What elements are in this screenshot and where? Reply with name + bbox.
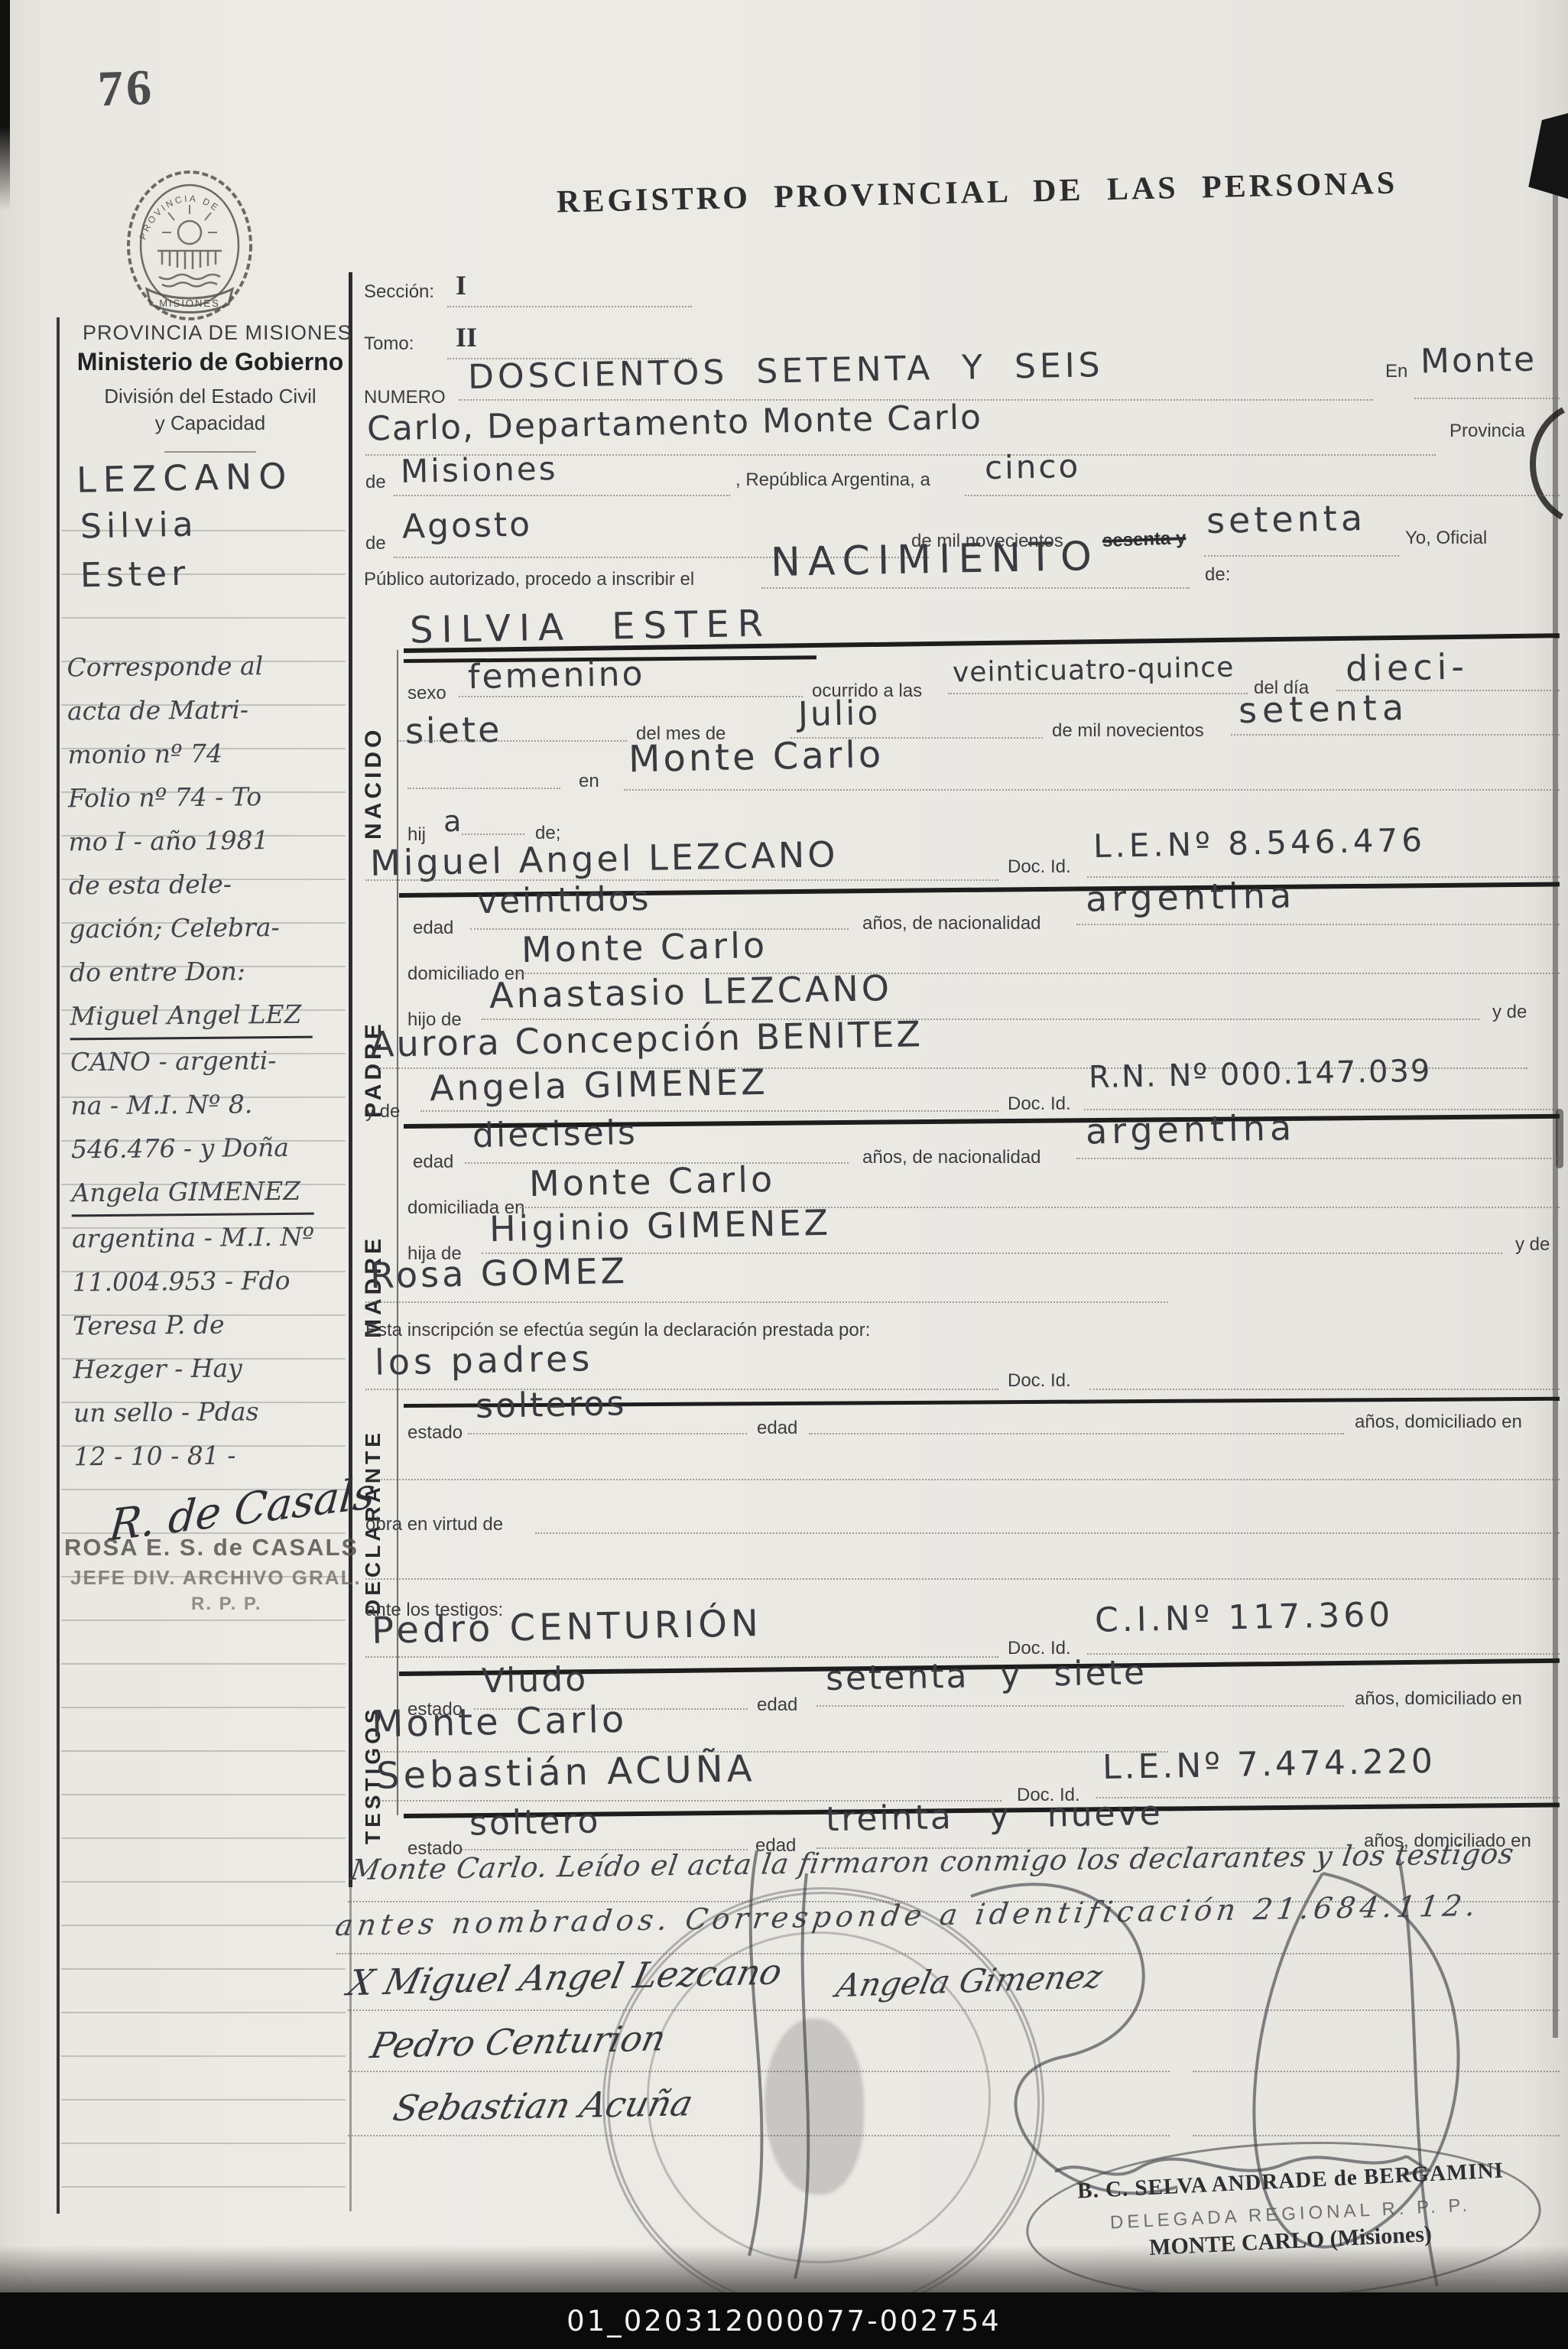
padre-nac-label: años, de nacionalidad (862, 913, 1041, 934)
anio-value: setenta (1206, 497, 1367, 541)
dia-nac-2: siete (404, 709, 502, 752)
binder-tab (1526, 113, 1568, 199)
republica-label: , República Argentina, a (735, 469, 930, 491)
lugar-value-2: Carlo, Departamento Monte Carlo (367, 398, 983, 448)
note-line: Hezger - Hay (73, 1346, 315, 1392)
note-line: de esta dele- (69, 862, 311, 908)
section-madre: MADRE (361, 1139, 387, 1338)
declarante-por-value: los padres (375, 1337, 594, 1382)
sexo-label: sexo (407, 683, 446, 704)
tomo-label: Tomo: (364, 333, 414, 355)
hij-line (462, 833, 524, 835)
hora-value: veinticuatro-quince (953, 651, 1235, 688)
margin-name-line2: Ester (80, 554, 190, 596)
seccion-value: I (456, 269, 466, 301)
declarante-doc-line (1089, 1389, 1560, 1390)
madre-doc-label: Doc. Id. (1008, 1093, 1071, 1115)
section-padre: PADRE (361, 911, 387, 1118)
de-label-2: de (365, 533, 386, 554)
margin-annotation: Corresponde al acta de Matri- monio nº 7… (67, 644, 316, 1479)
seccion-line (447, 306, 692, 307)
publico-label: Público autorizado, procedo a inscribir … (364, 569, 694, 590)
madre-edad-label: edad (413, 1152, 453, 1173)
note-line: 12 - 10 - 81 - (73, 1433, 316, 1479)
document-title: REGISTRO PROVINCIAL DE LAS PERSONAS (557, 165, 1398, 221)
seal-bottom-text: MISIONES (159, 297, 220, 309)
testigo1-edad-label: edad (757, 1694, 797, 1716)
anio-nac-label: de mil novecientos (1052, 720, 1204, 742)
declarante-por-line (365, 1389, 998, 1390)
mes-value: Agosto (402, 505, 533, 546)
madre-nac-value: argentina (1086, 1106, 1297, 1152)
tomo-value: II (456, 321, 477, 353)
sexo-line (459, 696, 803, 697)
anio-line (1204, 555, 1399, 557)
declarante-blank-line-1 (365, 1479, 1560, 1480)
note-line: gación; Celebra- (69, 905, 311, 951)
testigo1-nombre: Pedro CENTURIÓN (372, 1602, 763, 1652)
padre-yde-label: y de (1492, 1002, 1527, 1023)
madre-nac-label: años, de nacionalidad (862, 1147, 1041, 1168)
padre-abuelo-value: Anastasio LEZCANO (489, 967, 893, 1016)
padre-nombre: Miguel Angel LEZCANO (370, 833, 839, 884)
lugar-nac-line (624, 789, 1560, 791)
declarante-edad-label: edad (757, 1418, 797, 1439)
footer-code-bar: 01_020312000077-002754 (0, 2292, 1568, 2349)
lugar-value-1: Monte (1420, 340, 1537, 382)
declarante-doc-label: Doc. Id. (1008, 1370, 1071, 1392)
madre-nac-line (1076, 1158, 1560, 1159)
margin-office-line1: PROVINCIA DE MISIONES (83, 321, 342, 345)
dia-nac-1: dieci- (1345, 645, 1469, 689)
declaracion-label: Esta inscripción se efectúa según la dec… (365, 1320, 870, 1341)
note-line: 546.476 - y Doña (71, 1126, 313, 1171)
sexo-value: femenino (468, 655, 645, 697)
acto-value: NACIMIENTO (770, 534, 1099, 586)
padre-dom-value: Monte Carlo (521, 924, 768, 970)
scanned-birth-certificate: 76 PROVINCIA DE MISIONES REGISTRO PROVIN… (0, 0, 1568, 2349)
note-line: acta de Matri- (67, 687, 310, 733)
madre-yde-label: y de (365, 1101, 400, 1123)
margin-divider (164, 451, 256, 453)
declarante-edad-line (809, 1433, 1344, 1434)
note-line: mo I - año 1981 (68, 818, 310, 864)
padre-nac-value: argentina (1086, 874, 1297, 919)
dia-line (965, 495, 1560, 496)
declarante-estado-value: solteros (476, 1384, 627, 1426)
footer-code: 01_020312000077-002754 (566, 2305, 1002, 2338)
padre-nombre-line (365, 879, 998, 881)
archive-stamp-title: JEFE DIV. ARCHIVO GRAL. (70, 1566, 362, 1590)
numero-value: DOSCIENTOS SETENTA Y SEIS (468, 346, 1104, 397)
en-nac-preline (407, 788, 560, 789)
padre-doc-value: L.E.Nº 8.546.476 (1093, 821, 1427, 865)
oficial-label: Yo, Oficial (1405, 528, 1487, 549)
declarante-anios-label: años, domiciliado en (1355, 1412, 1522, 1433)
note-line: monio nº 74 (67, 731, 310, 777)
note-line: argentina - M.I. Nº (72, 1215, 314, 1261)
numero-label: NUMERO (364, 387, 446, 408)
section-nacido: NACIDO (361, 656, 387, 840)
de-label-3: de: (1205, 564, 1230, 586)
madre-abuelo-value: Higinio GIMENEZ (489, 1202, 832, 1250)
testigo1-edad-line (816, 1705, 1344, 1707)
padre-edad-label: edad (413, 918, 453, 939)
madre-abuela-line (365, 1301, 1168, 1303)
testigo1-anios-label: años, domiciliado en (1355, 1688, 1522, 1710)
seal-top-text: PROVINCIA DE (137, 193, 222, 241)
anio-nac-value: setenta (1238, 687, 1410, 731)
margin-office-line2: Ministerio de Gobierno (69, 348, 352, 376)
dia-nac-2-line (398, 740, 627, 742)
testigo2-nombre: Sebastián ACUÑA (376, 1747, 757, 1798)
scan-edge-top-left (0, 0, 10, 210)
madre-dom-value: Monte Carlo (529, 1158, 776, 1204)
testigo1-edad-value: setenta y siete (826, 1653, 1148, 1698)
provincia-label: Provincia (1450, 421, 1525, 442)
obra-label: obra en virtud de (365, 1514, 503, 1535)
page-number: 76 (97, 59, 156, 119)
mes-nac-value: Julio (798, 694, 881, 734)
form-left-border (349, 272, 352, 1887)
note-line: Angela GIMENEZ (71, 1169, 313, 1217)
declarante-estado-label: estado (407, 1422, 463, 1444)
seccion-label: Sección: (364, 281, 434, 303)
note-line: Teresa P. de (73, 1302, 315, 1348)
declarante-estado-line (468, 1433, 747, 1434)
hij-value: a (443, 804, 464, 838)
note-line: 11.004.953 - Fdo (72, 1259, 314, 1304)
madre-edad-value: dieciseis (472, 1113, 638, 1155)
lugar-nac-value: Monte Carlo (628, 733, 884, 781)
note-line: do entre Don: (70, 949, 312, 995)
en-nac-label: en (579, 771, 599, 792)
padre-edad-value: veintidos (477, 879, 651, 921)
margin-office-line4: y Capacidad (76, 411, 344, 435)
acto-line (761, 587, 1190, 589)
testigo1-estado-value: Viudo (482, 1660, 589, 1701)
padre-doc-label: Doc. Id. (1008, 856, 1071, 878)
madre-abuelo-line (482, 1252, 1502, 1254)
margin-name-line1: Silvia (80, 505, 199, 547)
note-line: Folio nº 74 - To (68, 775, 310, 820)
svg-text:PROVINCIA DE: PROVINCIA DE (137, 193, 222, 241)
margin-office-line3: División del Estado Civil (76, 385, 344, 408)
testigo2-estado-value: soltero (469, 1802, 601, 1843)
testigo1-doc-value: C.I.Nº 117.360 (1095, 1595, 1394, 1640)
note-line: Miguel Angel LEZ (70, 993, 312, 1041)
testigo1-domicilio: Monte Carlo (371, 1698, 627, 1746)
obra-line (535, 1532, 1560, 1534)
provincia-value: Misiones (401, 450, 558, 490)
padre-nac-line (1076, 924, 1560, 925)
de-label-1: de (365, 472, 386, 493)
hora-line (948, 693, 1248, 694)
en-line (1414, 398, 1560, 399)
madre-nombre: Angela GIMENEZ (430, 1061, 769, 1109)
note-line: na - M.I. Nº 8. (70, 1082, 313, 1128)
testigo1-doc-line (1087, 1653, 1560, 1655)
dia-value: cinco (985, 447, 1081, 486)
note-line: CANO - argenti- (70, 1038, 313, 1084)
margin-surname: LEZCANO (76, 455, 294, 500)
archive-stamp-name: ROSA E. S. de CASALS (64, 1534, 359, 1561)
anio-nac-line (1231, 734, 1560, 736)
provincia-line (394, 495, 730, 496)
madre-nombre-line (420, 1110, 998, 1112)
madre-doc-value: R.N. Nº 000.147.039 (1089, 1054, 1432, 1096)
testigo2-doc-value: L.E.Nº 7.474.220 (1102, 1742, 1437, 1787)
margin-left-border (57, 317, 60, 2214)
archive-stamp-org: R. P. P. (191, 1594, 262, 1615)
anio-tachado: sesenta y (1102, 528, 1187, 552)
declarante-blank-line-2 (365, 1578, 1560, 1580)
madre-yde2-label: y de (1515, 1234, 1550, 1256)
bottom-scan-shadow (0, 2245, 1568, 2294)
provincial-seal: PROVINCIA DE MISIONES (124, 168, 255, 323)
note-line: Corresponde al (67, 644, 309, 690)
madre-abuela-value: Rosa GOMEZ (370, 1250, 628, 1296)
testigo2-doc-line (1096, 1797, 1560, 1798)
en-label: En (1385, 361, 1407, 382)
note-line: un sello - Pdas (73, 1389, 316, 1435)
